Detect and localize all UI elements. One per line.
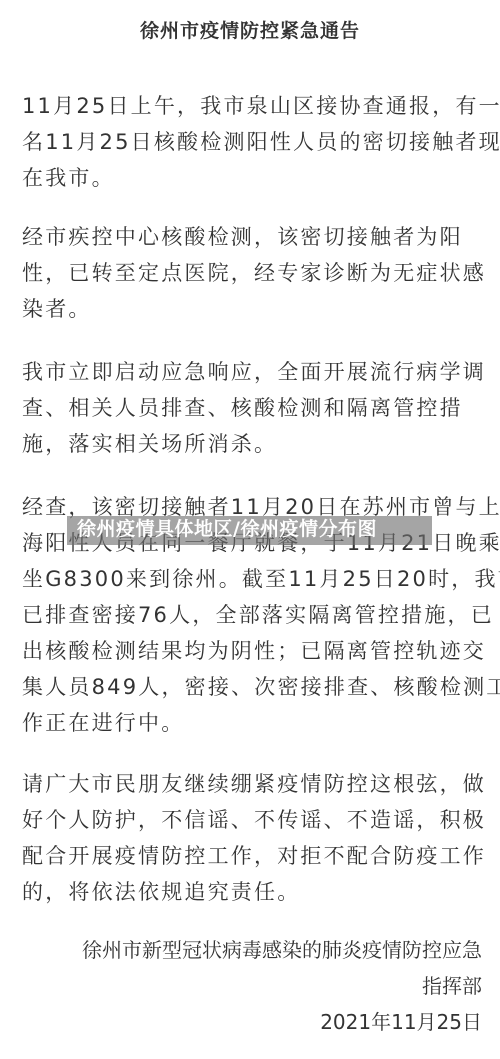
text-line: 名11月25日核酸检测阳性人员的密切接触者现 bbox=[22, 124, 482, 160]
text-line: 在我市。 bbox=[22, 160, 482, 196]
text-line: 出核酸检测结果均为阴性；已隔离管控轨迹交 bbox=[22, 633, 482, 669]
text-line: 查、相关人员排查、核酸检测和隔离管控措 bbox=[22, 390, 482, 426]
notice-title: 徐州市疫情防控紧急通告 bbox=[0, 16, 500, 43]
signature-org-line-2: 指挥部 bbox=[422, 968, 482, 1004]
text-line: 我市立即启动应急响应，全面开展流行病学调 bbox=[22, 354, 482, 390]
paragraph-5: 请广大市民朋友继续绷紧疫情防控这根弦，做 好个人防护，不信谣、不传谣、不造谣，积… bbox=[22, 766, 482, 910]
text-line: 集人员849人，密接、次密接排查、核酸检测工 bbox=[22, 669, 482, 705]
text-line: 染者。 bbox=[22, 291, 482, 327]
text-line: 性，已转至定点医院，经专家诊断为无症状感 bbox=[22, 255, 482, 291]
signature-date: 2021年11月25日 bbox=[320, 1004, 482, 1040]
signature-org-line-1: 徐州市新型冠状病毒感染的肺炎疫情防控应急 bbox=[82, 932, 482, 968]
text-line: 请广大市民朋友继续绷紧疫情防控这根弦，做 bbox=[22, 766, 482, 802]
text-line: 作正在进行中。 bbox=[22, 705, 482, 741]
paragraph-3: 我市立即启动应急响应，全面开展流行病学调 查、相关人员排查、核酸检测和隔离管控措… bbox=[22, 354, 482, 462]
text-line: 施，落实相关场所消杀。 bbox=[22, 426, 482, 462]
paragraph-1: 11月25日上午，我市泉山区接协查通报，有一 名11月25日核酸检测阳性人员的密… bbox=[22, 88, 482, 196]
caption-overlay-text: 徐州疫情具体地区/徐州疫情分布图 bbox=[77, 514, 377, 544]
text-line: 11月25日上午，我市泉山区接协查通报，有一 bbox=[22, 88, 482, 124]
text-line: 已排查密接76人，全部落实隔离管控措施，已 bbox=[22, 597, 482, 633]
paragraph-2: 经市疾控中心核酸检测，该密切接触者为阳 性，已转至定点医院，经专家诊断为无症状感… bbox=[22, 219, 482, 327]
text-line: 坐G8300来到徐州。截至11月25日20时，我市 bbox=[22, 561, 482, 597]
text-line: 配合开展疫情防控工作，对拒不配合防疫工作 bbox=[22, 838, 482, 874]
text-line: 好个人防护，不信谣、不传谣、不造谣，积极 bbox=[22, 802, 482, 838]
text-line: 经市疾控中心核酸检测，该密切接触者为阳 bbox=[22, 219, 482, 255]
text-line: 的，将依法依规追究责任。 bbox=[22, 874, 482, 910]
